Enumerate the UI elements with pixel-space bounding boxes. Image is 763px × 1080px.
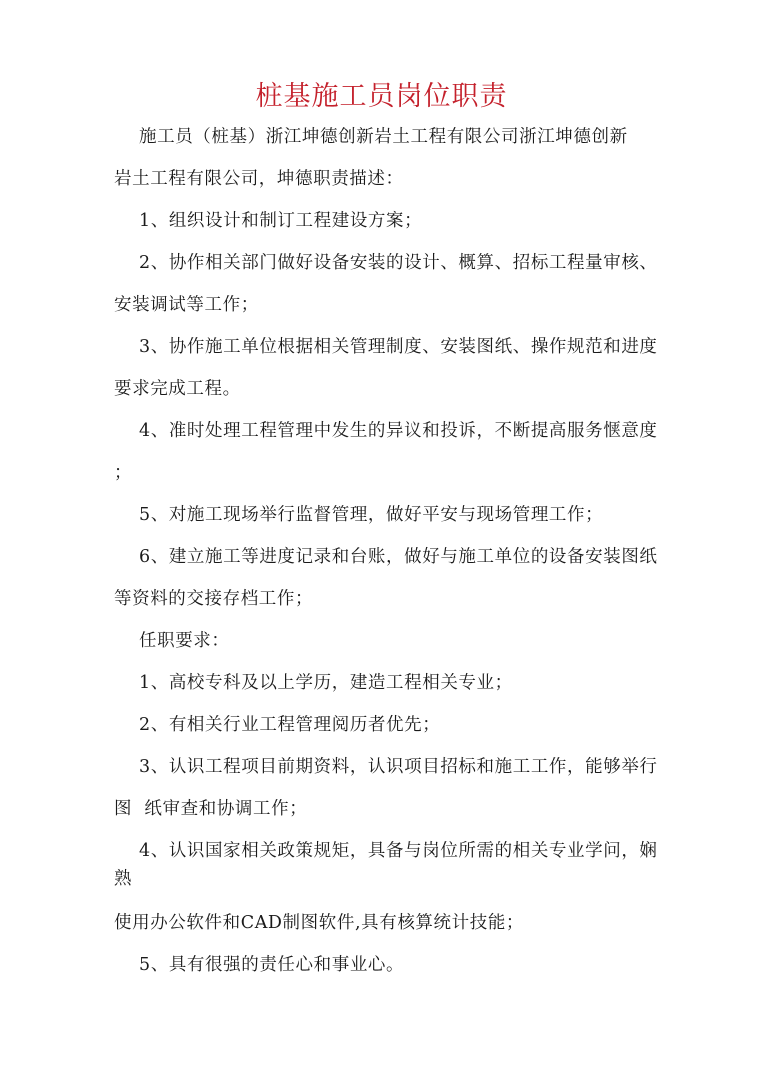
duty-4: 4、准时处理工程管理中发生的异议和投诉，不断提高服务惬意度 bbox=[139, 419, 658, 443]
duty-4-cont: ； bbox=[114, 461, 132, 485]
requirement-3: 3、认识工程项目前期资料，认识项目招标和施工工作，能够举行 bbox=[139, 755, 658, 779]
duty-5: 5、对施工现场举行监督管理，做好平安与现场管理工作； bbox=[139, 503, 603, 527]
intro-line-2: 岩土工程有限公司，坤德职责描述： bbox=[114, 167, 404, 191]
requirements-heading: 任职要求： bbox=[139, 629, 230, 653]
requirement-4-cont: 熟 bbox=[114, 867, 132, 891]
document-title: 桩基施工员岗位职责 bbox=[0, 74, 763, 113]
duty-1: 1、组织设计和制订工程建设方案； bbox=[139, 209, 422, 233]
duty-6: 6、建立施工等进度记录和台账，做好与施工单位的设备安装图纸 bbox=[139, 545, 658, 569]
document-page: 桩基施工员岗位职责 施工员（桩基）浙江坤德创新岩土工程有限公司浙江坤德创新 岩土… bbox=[0, 0, 763, 1080]
duty-3-cont: 要求完成工程。 bbox=[114, 377, 241, 401]
duty-6-cont: 等资料的交接存档工作； bbox=[114, 587, 313, 611]
requirement-4: 4、认识国家相关政策规矩，具备与岗位所需的相关专业学问，娴 bbox=[139, 839, 658, 863]
requirement-3-cont: 图 纸审查和协调工作； bbox=[114, 797, 307, 821]
intro-line-1: 施工员（桩基）浙江坤德创新岩土工程有限公司浙江坤德创新 bbox=[139, 125, 628, 149]
requirement-2: 2、有相关行业工程管理阅历者优先； bbox=[139, 713, 440, 737]
requirement-4-cont2: 使用办公软件和CAD制图软件,具有核算统计技能； bbox=[114, 911, 524, 935]
duty-2: 2、协作相关部门做好设备安装的设计、概算、招标工程量审核、 bbox=[139, 251, 658, 275]
requirement-5: 5、具有很强的责任心和事业心。 bbox=[139, 953, 404, 977]
duty-3: 3、协作施工单位根据相关管理制度、安装图纸、操作规范和进度 bbox=[139, 335, 658, 359]
duty-2-cont: 安装调试等工作； bbox=[114, 293, 259, 317]
requirement-1: 1、高校专科及以上学历，建造工程相关专业； bbox=[139, 671, 513, 695]
